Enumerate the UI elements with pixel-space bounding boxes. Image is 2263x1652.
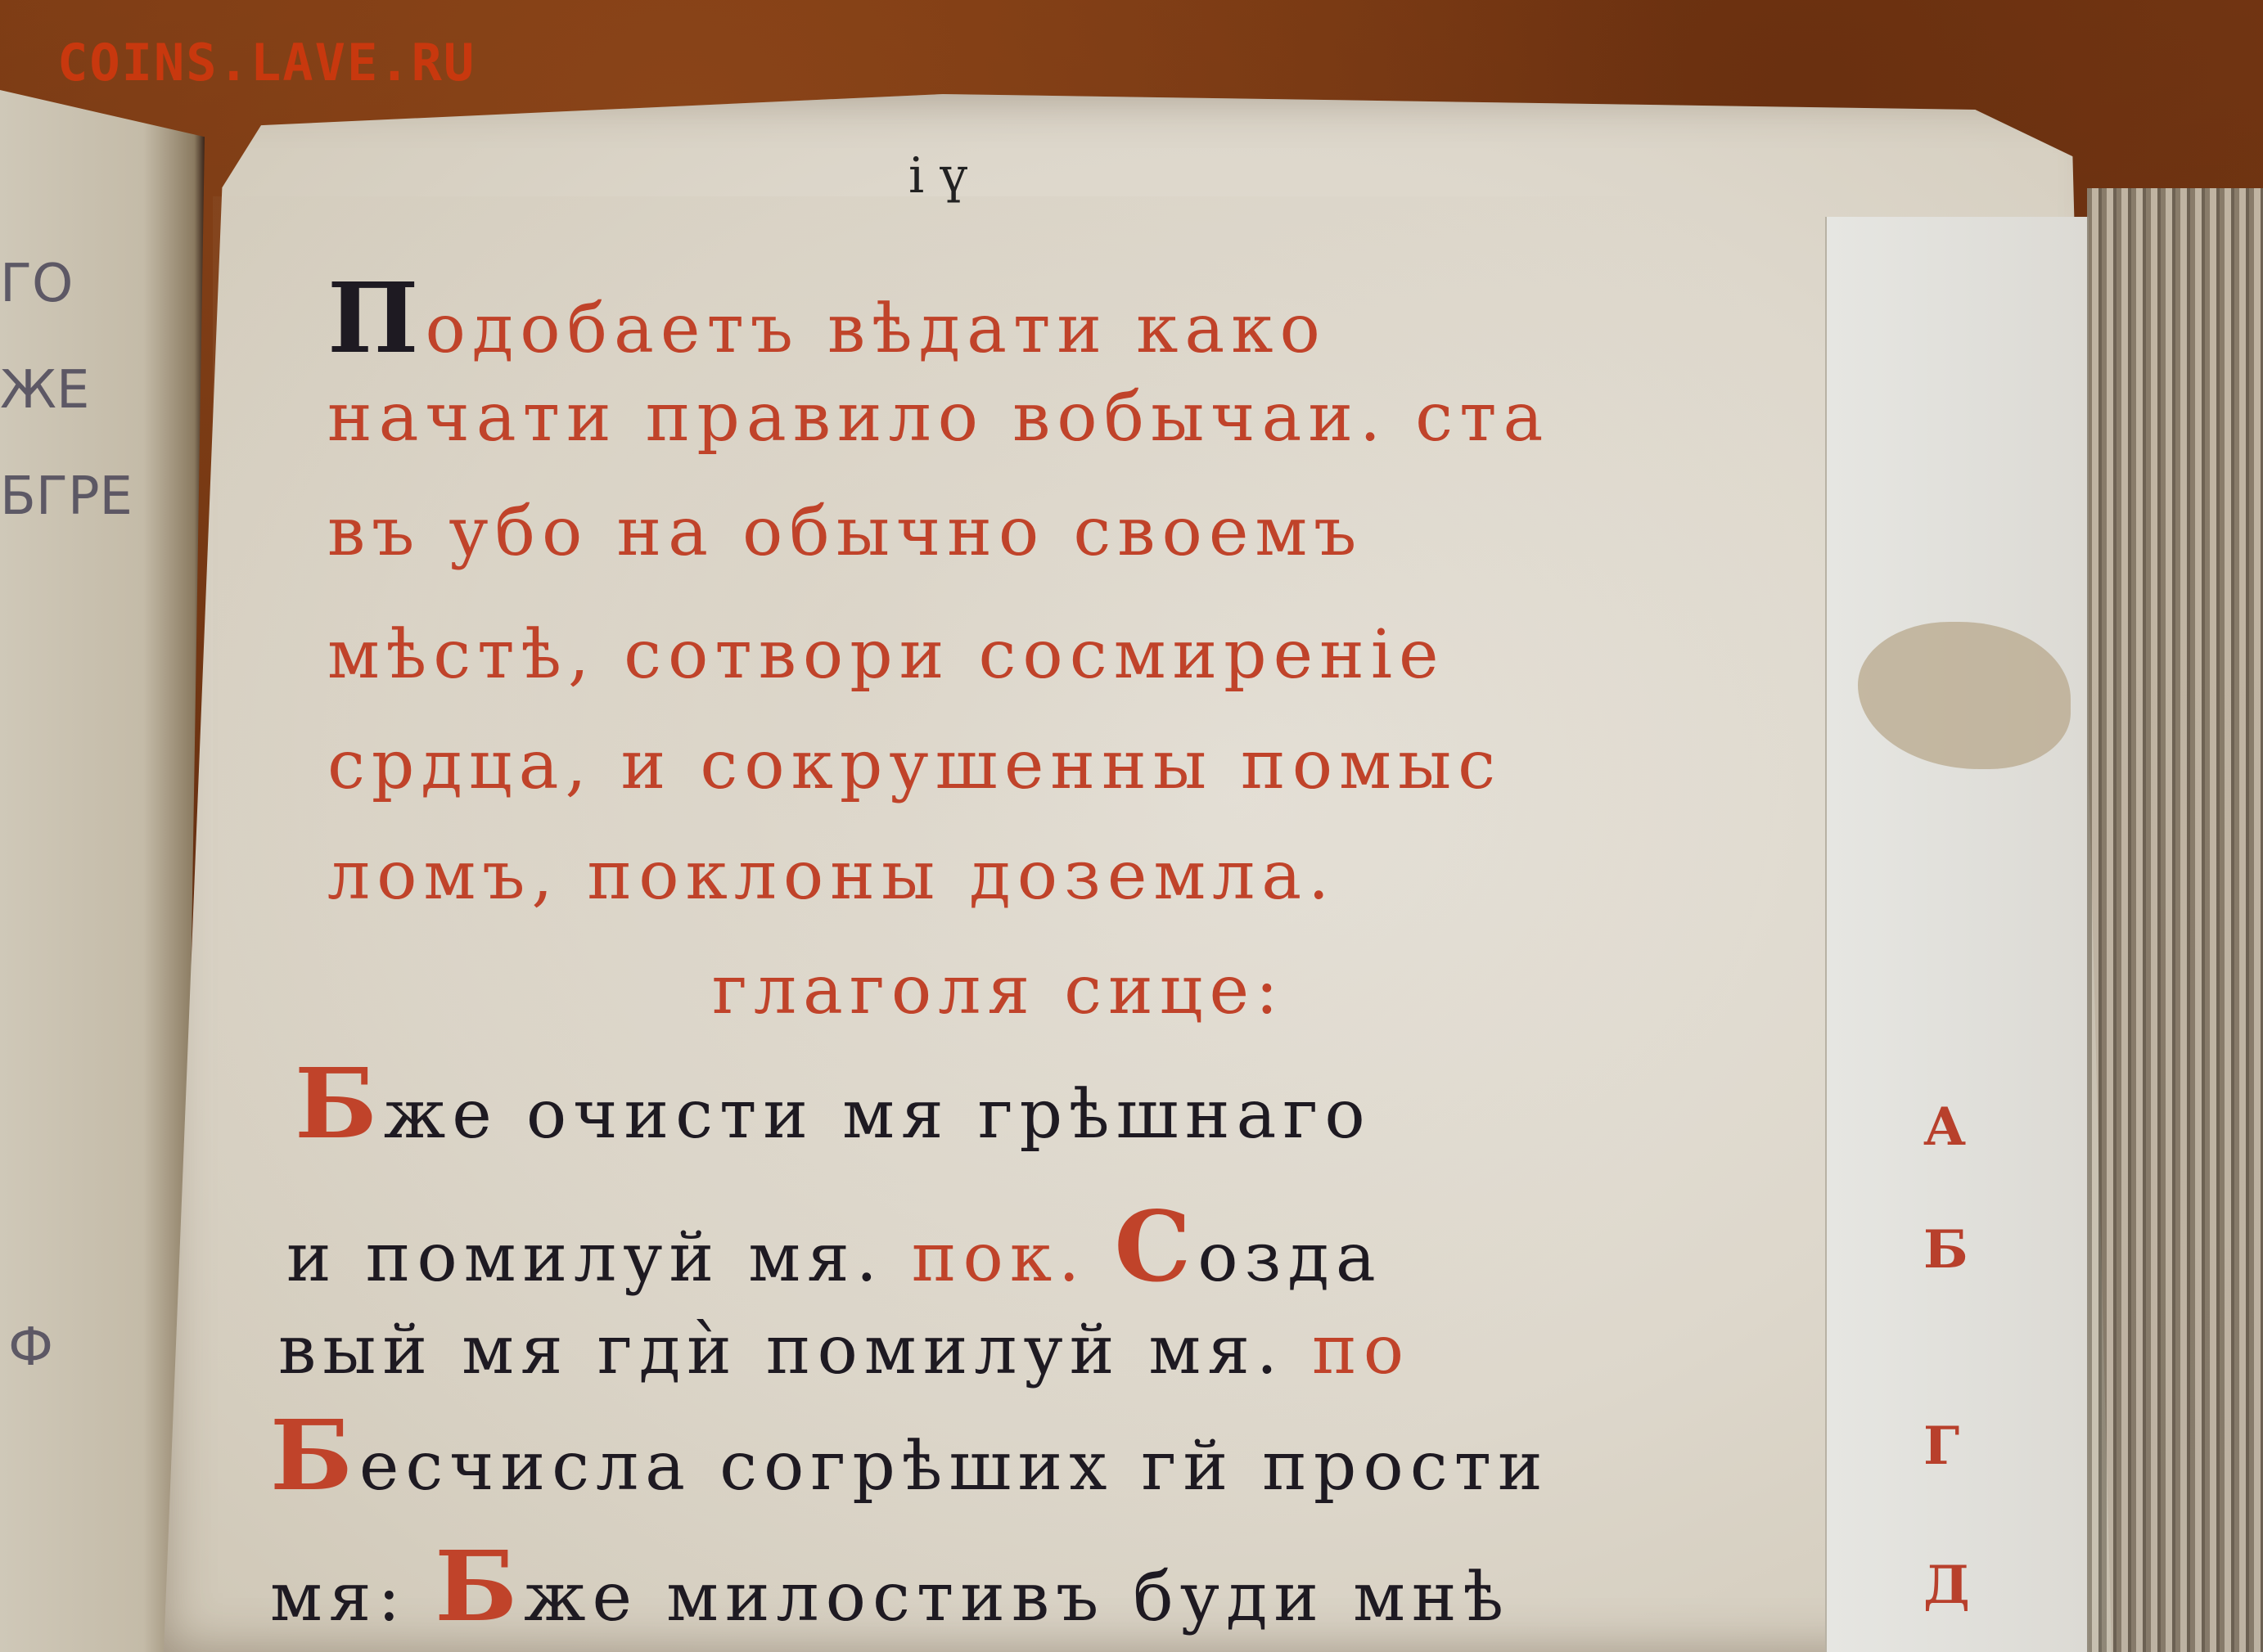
text-line: и помилуй мя. пок. Созда [286, 1199, 1382, 1295]
text-line: Бже очисти мя грѣшнаго [295, 1056, 1372, 1152]
text-line: въ убо на обычно своемъ [327, 499, 1363, 566]
initial-letter: С [1114, 1190, 1197, 1303]
manuscript-text: Подобаетъ вѣдати како начати правило воб… [327, 0, 1555, 1652]
text-line: вый мя гдѝ помилуй мя. по [278, 1317, 1410, 1384]
left-page-mark: ЖЕ [0, 360, 89, 421]
margin-numeral: Д [1923, 1555, 1970, 1616]
left-page-mark: Ф [8, 1317, 53, 1378]
rubric: пок. [912, 1219, 1086, 1297]
initial-letter: Б [435, 1529, 524, 1643]
text-line: Бесчисла согрѣших гй прости [270, 1407, 1549, 1504]
text-line: мѣстѣ, сотвори сосмиреніе [327, 622, 1445, 689]
rubric: по [1312, 1312, 1410, 1389]
initial-letter: П [327, 261, 425, 375]
text-line: срдца, и сокрушенны помыс [327, 732, 1502, 799]
initial-letter: Б [270, 1398, 359, 1512]
left-page-mark: БГРЕ [0, 466, 133, 527]
text-line: мя: Бже милостивъ буди мнѣ [270, 1538, 1510, 1635]
text-line-centered: глаголя сице: [712, 957, 1285, 1024]
initial-letter: Б [295, 1047, 384, 1160]
book-page-edges [2087, 188, 2263, 1652]
text-line: начати правило вобычаи. ста [327, 385, 1549, 452]
text-line: Подобаетъ вѣдати како [327, 270, 1327, 367]
left-page-mark: ГО [0, 254, 73, 314]
text-line: ломъ, поклоны доземла. [327, 843, 1336, 910]
margin-numeral: А [1923, 1096, 1966, 1158]
margin-numeral: Г [1923, 1416, 1959, 1477]
margin-numeral: Б [1923, 1219, 1968, 1281]
